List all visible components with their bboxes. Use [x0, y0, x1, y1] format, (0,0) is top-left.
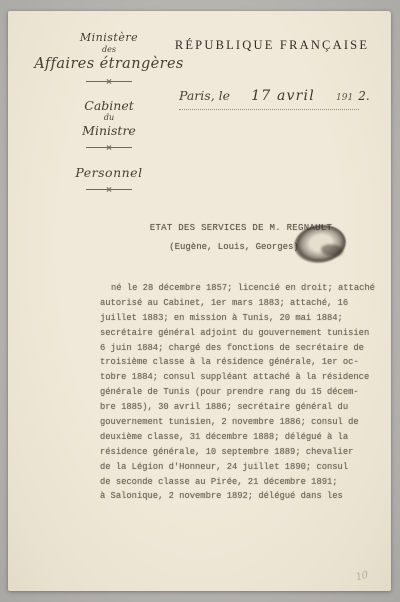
letterhead-cabinet-line3: Ministre [82, 123, 136, 138]
ink-stamp-blob [292, 222, 349, 267]
divider-ornament [86, 143, 132, 152]
body-line: né le 28 décembre 1857; licencié en droi… [100, 281, 375, 296]
body-line: générale de Tunis (pour prendre rang du … [100, 385, 375, 400]
body-line: juillet 1883; en mission à Tunis, 20 mai… [100, 311, 375, 326]
letterhead-ministry-line3: Affaires étrangères [34, 56, 184, 72]
service-record-body: né le 28 décembre 1857; licencié en droi… [100, 281, 375, 504]
ink-stamp [292, 222, 349, 267]
body-line: de la Légion d'Honneur, 24 juillet 1890;… [100, 460, 375, 475]
letterhead-cabinet-line1: Cabinet [84, 98, 134, 113]
body-line: de seconde classe au Pirée, 21 décembre … [100, 475, 375, 490]
letterhead-ministry-line1: Ministère [80, 31, 138, 44]
document-page: Ministère des Affaires étrangères Cabine… [8, 11, 391, 591]
body-line: deuxième classe, 31 décembre 1888; délég… [100, 430, 375, 445]
divider-ornament [86, 77, 132, 86]
dateline-printed-year: 191 [336, 93, 353, 103]
body-line: autorisé au Cabinet, 1er mars 1883; atta… [100, 296, 375, 311]
body-line: 6 juin 1884; chargé des fonctions de sec… [100, 341, 375, 356]
body-line: à Salonique, 2 novembre 1892; délégué da… [100, 489, 375, 504]
body-line: tobre 1884; consul suppléant attaché à l… [100, 370, 375, 385]
divider-ornament [86, 185, 132, 194]
letterhead: Ministère des Affaires étrangères Cabine… [36, 31, 182, 194]
dateline-handwritten-date: 17 avril [251, 88, 315, 104]
dateline-handwritten-year: 2. [358, 89, 369, 103]
body-line: résidence générale, 10 septembre 1889; c… [100, 445, 375, 460]
letterhead-cabinet-line2: du [104, 113, 114, 122]
dateline-printed-place: Paris, le [179, 88, 230, 103]
body-line: bre 1885), 30 avril 1886; secrétaire gén… [100, 400, 375, 415]
letterhead-ministry-line2: des [102, 45, 116, 54]
body-line: troisième classe à la résidence générale… [100, 355, 375, 370]
dateline: Paris, le 17 avril 191 2. [179, 85, 359, 110]
pencil-page-number: 10 [355, 570, 369, 584]
republic-heading: RÉPUBLIQUE FRANÇAISE [174, 38, 370, 53]
body-line: gouvernement tunisien, 2 novembre 1886; … [100, 415, 375, 430]
body-line: secrétaire général adjoint du gouverneme… [100, 326, 375, 341]
letterhead-service: Personnel [75, 165, 142, 180]
